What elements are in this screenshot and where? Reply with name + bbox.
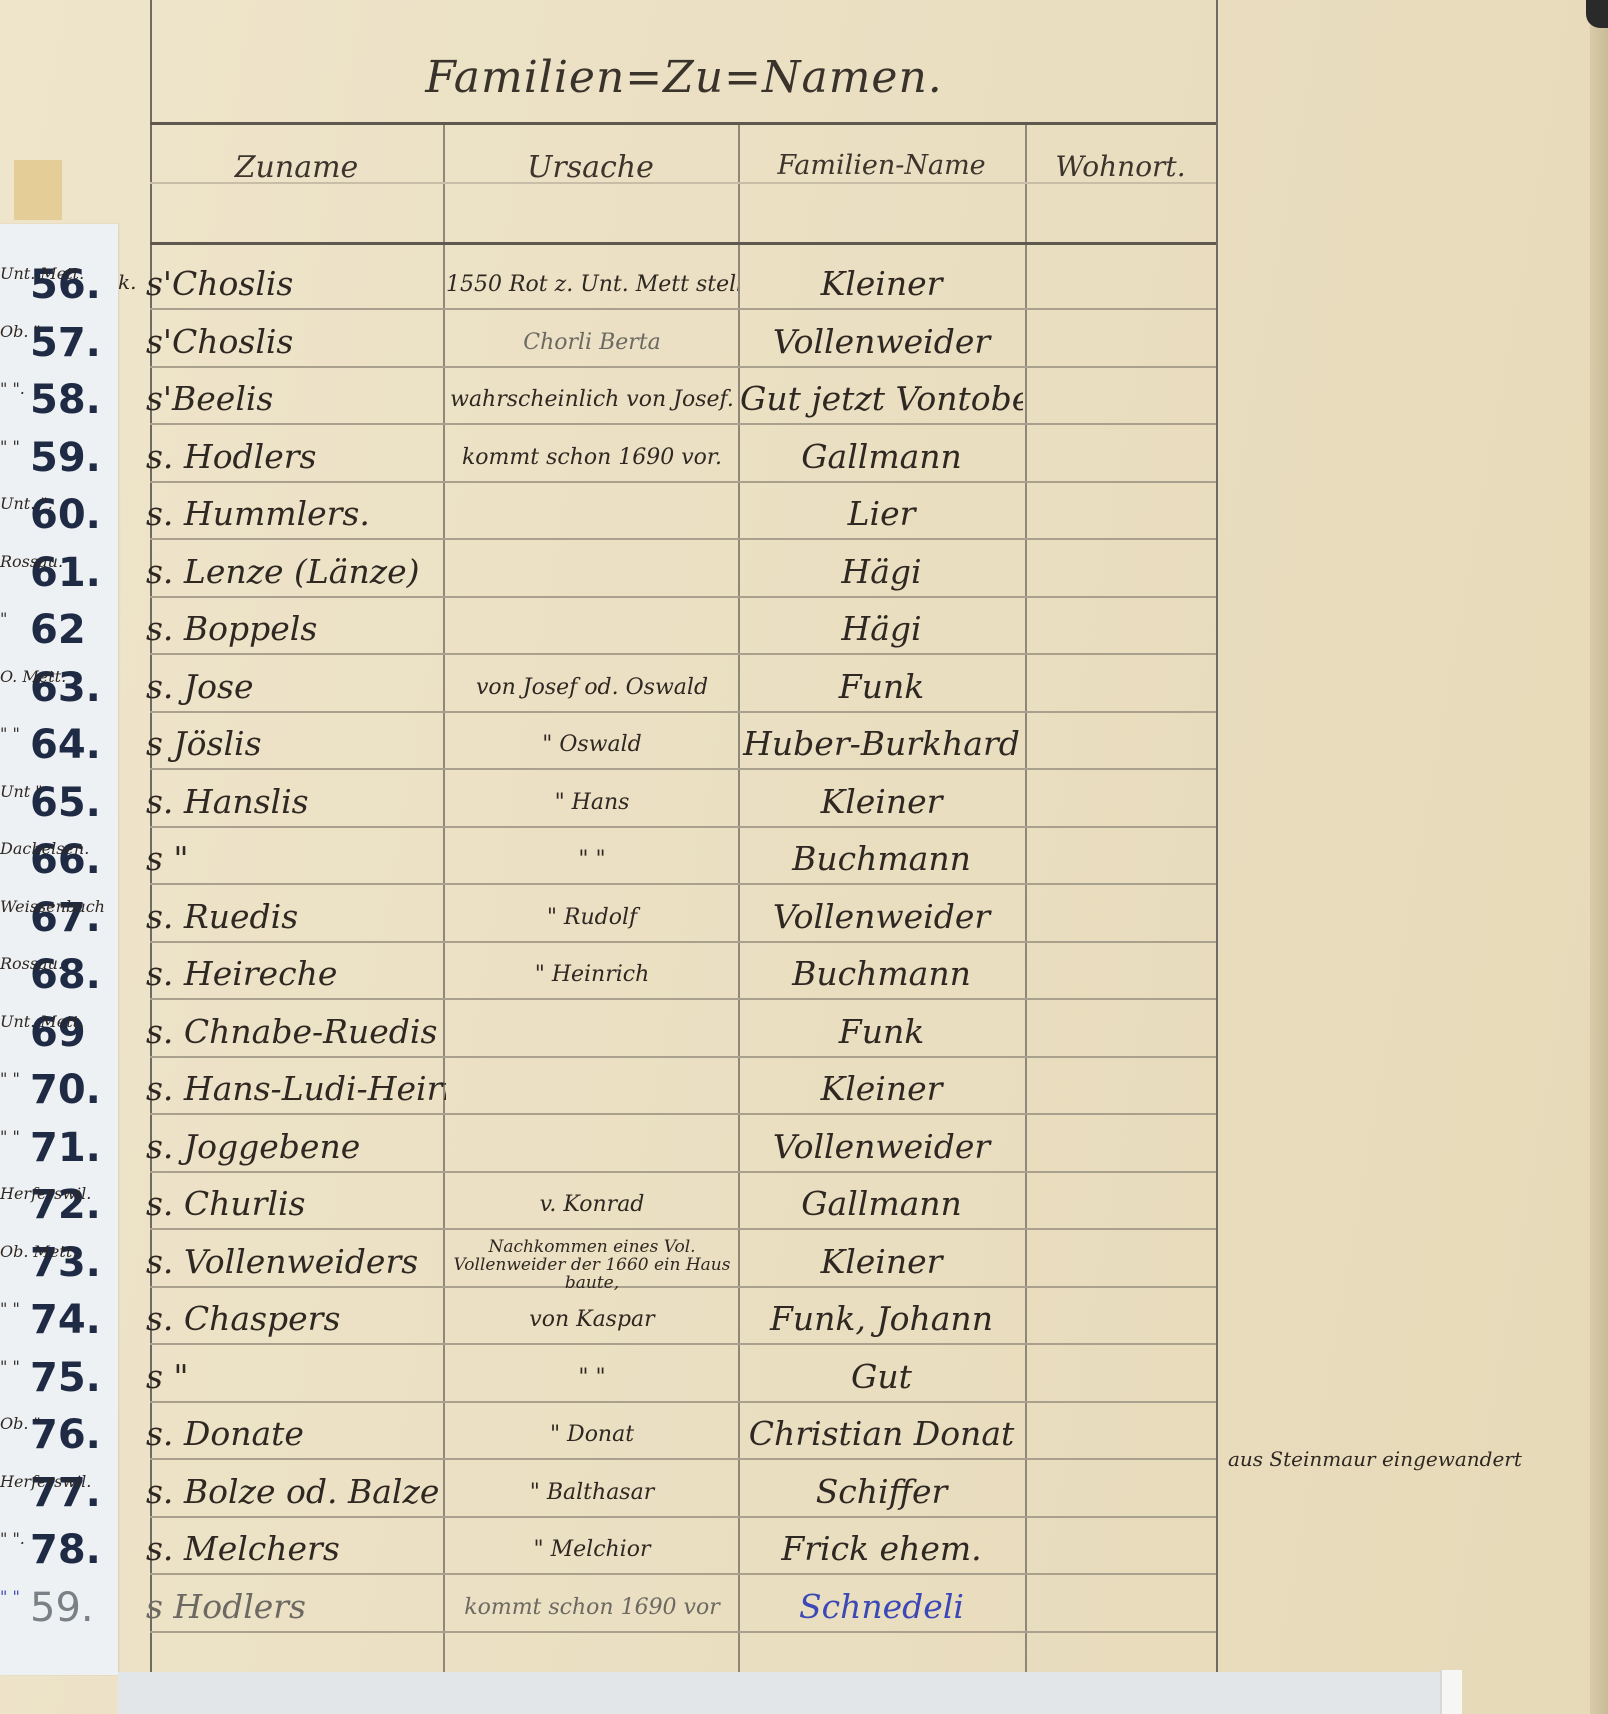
wohnort-cell: Ob. ": [0, 1414, 41, 1433]
row-number: 57.: [30, 320, 110, 366]
zuname-cell: s'Choslis: [146, 322, 446, 361]
wohnort-cell: Rossau.: [0, 954, 63, 973]
wohnort-cell: " ".: [0, 379, 25, 398]
familien-name-cell: Funk: [740, 1012, 1023, 1051]
row-number: 62: [30, 607, 110, 653]
wohnort-cell: Herferswil.: [0, 1472, 91, 1491]
row-rule: [150, 423, 1216, 425]
wohnort-cell: " ": [0, 1587, 20, 1606]
zuname-cell: s Hodlers: [146, 1587, 446, 1626]
wohnort-cell: " ": [0, 1069, 20, 1088]
wohnort-cell: Rossau.: [0, 552, 63, 571]
ursache-cell: von Kaspar: [446, 1307, 738, 1332]
zuname-cell: s'Beelis: [146, 379, 446, 418]
column-header-zuname: Zuname: [150, 150, 443, 185]
row-number: 78.: [30, 1527, 110, 1573]
wohnort-cell: O. Mett.: [0, 667, 66, 686]
ursache-cell: " Balthasar: [446, 1480, 738, 1505]
wohnort-cell: Unt ": [0, 782, 43, 801]
row-prefix-mark: k.: [118, 270, 136, 294]
familien-name-cell: Funk: [740, 667, 1023, 706]
row-rule: [150, 998, 1216, 1000]
title-rule: [150, 122, 1216, 125]
zuname-cell: s. Donate: [146, 1414, 446, 1453]
ursache-cell: von Josef od. Oswald: [446, 675, 738, 700]
zuname-cell: s. Chaspers: [146, 1299, 446, 1338]
ursache-cell: " Rudolf: [446, 905, 738, 930]
adhesive-tape: [14, 160, 62, 220]
wohnort-cell: Dachelsen.: [0, 839, 89, 858]
wohnort-cell: " ": [0, 1299, 20, 1318]
zuname-cell: s. Hans-Ludi-Heiris.: [146, 1069, 446, 1108]
wohnort-cell: Unt. Mett.: [0, 264, 84, 283]
familien-name-cell: Vollenweider: [740, 1127, 1023, 1166]
familien-name-cell: Frick ehem.: [740, 1529, 1023, 1568]
familien-name-cell: Kleiner: [740, 1242, 1023, 1281]
ursache-cell: " ": [446, 1365, 738, 1390]
wohnort-cell: " ".: [0, 1529, 25, 1548]
wohnort-cell: Ob. Mett.: [0, 1242, 77, 1261]
zuname-cell: s'Choslis: [146, 264, 446, 303]
wohnort-cell: " ": [0, 437, 20, 456]
wohnort-cell: ": [0, 609, 7, 628]
zuname-cell: s ": [146, 1357, 446, 1396]
bottom-paper-strip: [118, 1672, 1448, 1714]
margin-note: aus Steinmaur eingewandert: [1228, 1447, 1608, 1471]
row-rule: [150, 711, 1216, 713]
familien-name-cell: Hägi: [740, 552, 1023, 591]
row-number: 59.: [30, 1585, 110, 1631]
header-rule: [150, 242, 1216, 245]
ursache-cell: " ": [446, 847, 738, 872]
row-number: 64.: [30, 722, 110, 768]
wohnort-cell: Unt. Mett.: [0, 1012, 84, 1031]
zuname-cell: s. Lenze (Länze): [146, 552, 446, 591]
familien-name-cell: Buchmann: [740, 954, 1023, 993]
ursache-cell: v. Konrad: [446, 1192, 738, 1217]
zuname-cell: s. Hanslis: [146, 782, 446, 821]
ursache-cell: Nachkommen eines Vol. Vollenweider der 1…: [446, 1238, 738, 1292]
row-rule: [150, 1631, 1216, 1633]
row-rule: [150, 1458, 1216, 1460]
zuname-cell: s. Boppels: [146, 609, 446, 648]
ursache-cell: 1550 Rot z. Unt. Mett stellen: [446, 272, 738, 297]
background-corner: [1586, 0, 1608, 28]
familien-name-cell: Gut jetzt Vontobel: [740, 379, 1023, 418]
row-rule: [150, 596, 1216, 598]
zuname-cell: s. Jose: [146, 667, 446, 706]
zuname-cell: s. Melchers: [146, 1529, 446, 1568]
zuname-cell: s. Heireche: [146, 954, 446, 993]
row-rule: [150, 1516, 1216, 1518]
zuname-cell: s. Joggebene: [146, 1127, 446, 1166]
zuname-cell: s. Hummlers.: [146, 494, 446, 533]
familien-name-cell: Huber-Burkhard: [740, 724, 1023, 763]
ursache-cell: " Donat: [446, 1422, 738, 1447]
ursache-cell: wahrscheinlich von Josef.: [446, 387, 738, 412]
row-rule: [150, 883, 1216, 885]
row-rule: [150, 538, 1216, 540]
familien-name-cell: Vollenweider: [740, 897, 1023, 936]
familien-name-cell: Gut: [740, 1357, 1023, 1396]
row-rule: [150, 1401, 1216, 1403]
familien-name-cell: Kleiner: [740, 782, 1023, 821]
row-number: 59.: [30, 435, 110, 481]
row-number: 74.: [30, 1297, 110, 1343]
row-number: 58.: [30, 377, 110, 423]
zuname-cell: s. Churlis: [146, 1184, 446, 1223]
row-rule: [150, 308, 1216, 310]
familien-name-cell: Vollenweider: [740, 322, 1023, 361]
familien-name-cell: Funk, Johann: [740, 1299, 1023, 1338]
row-number: 75.: [30, 1355, 110, 1401]
column-header-familien-name: Familien-Name: [738, 150, 1025, 181]
row-rule: [150, 1343, 1216, 1345]
row-rule: [150, 1171, 1216, 1173]
ursache-cell: " Melchior: [446, 1537, 738, 1562]
page-title: Familien=Zu=Namen.: [150, 52, 1218, 103]
row-rule: [150, 941, 1216, 943]
ursache-cell: kommt schon 1690 vor.: [446, 445, 738, 470]
table-border-right: [1216, 0, 1218, 1672]
row-number: 76.: [30, 1412, 110, 1458]
familien-name-cell: Buchmann: [740, 839, 1023, 878]
zuname-cell: s. Hodlers: [146, 437, 446, 476]
row-rule: [150, 481, 1216, 483]
row-rule: [150, 768, 1216, 770]
ursache-cell: " Heinrich: [446, 962, 738, 987]
familien-name-cell: Schnedeli: [740, 1587, 1023, 1626]
familien-name-cell: Kleiner: [740, 264, 1023, 303]
column-divider: [1025, 124, 1027, 1672]
familien-name-cell: Lier: [740, 494, 1023, 533]
wohnort-cell: Herferswil.: [0, 1184, 91, 1203]
wohnort-cell: " ": [0, 1127, 20, 1146]
zuname-cell: s. Ruedis: [146, 897, 446, 936]
wohnort-cell: Ob. ": [0, 322, 41, 341]
familien-name-cell: Hägi: [740, 609, 1023, 648]
wohnort-cell: " ": [0, 724, 20, 743]
ursache-cell: " Oswald: [446, 732, 738, 757]
familien-name-cell: Gallmann: [740, 1184, 1023, 1223]
wohnort-cell: Weissenbach: [0, 897, 105, 916]
paper-curl: [1440, 1670, 1462, 1714]
familien-name-cell: Schiffer: [740, 1472, 1023, 1511]
wohnort-cell: Unt. ".: [0, 494, 53, 513]
familien-name-cell: Gallmann: [740, 437, 1023, 476]
row-rule: [150, 1573, 1216, 1575]
zuname-cell: s. Chnabe-Ruedis: [146, 1012, 446, 1051]
row-number: 71.: [30, 1125, 110, 1171]
row-rule: [150, 826, 1216, 828]
row-rule: [150, 1113, 1216, 1115]
wohnort-cell: " ": [0, 1357, 20, 1376]
row-rule: [150, 1056, 1216, 1058]
row-number: 70.: [30, 1067, 110, 1113]
zuname-cell: s. Bolze od. Balze: [146, 1472, 446, 1511]
ursache-cell: " Hans: [446, 790, 738, 815]
zuname-cell: s Jöslis: [146, 724, 446, 763]
zuname-cell: s. Vollenweiders: [146, 1242, 446, 1281]
zuname-cell: s ": [146, 839, 446, 878]
familien-name-cell: Kleiner: [740, 1069, 1023, 1108]
column-header-ursache: Ursache: [443, 150, 738, 185]
familien-name-cell: Christian Donat: [740, 1414, 1023, 1453]
row-rule: [150, 366, 1216, 368]
row-rule: [150, 653, 1216, 655]
row-rule: [150, 1228, 1216, 1230]
ursache-cell: Chorli Berta: [446, 330, 738, 355]
column-header-wohnort: Wohnort.: [1025, 150, 1216, 183]
ursache-cell: kommt schon 1690 vor: [446, 1595, 738, 1620]
